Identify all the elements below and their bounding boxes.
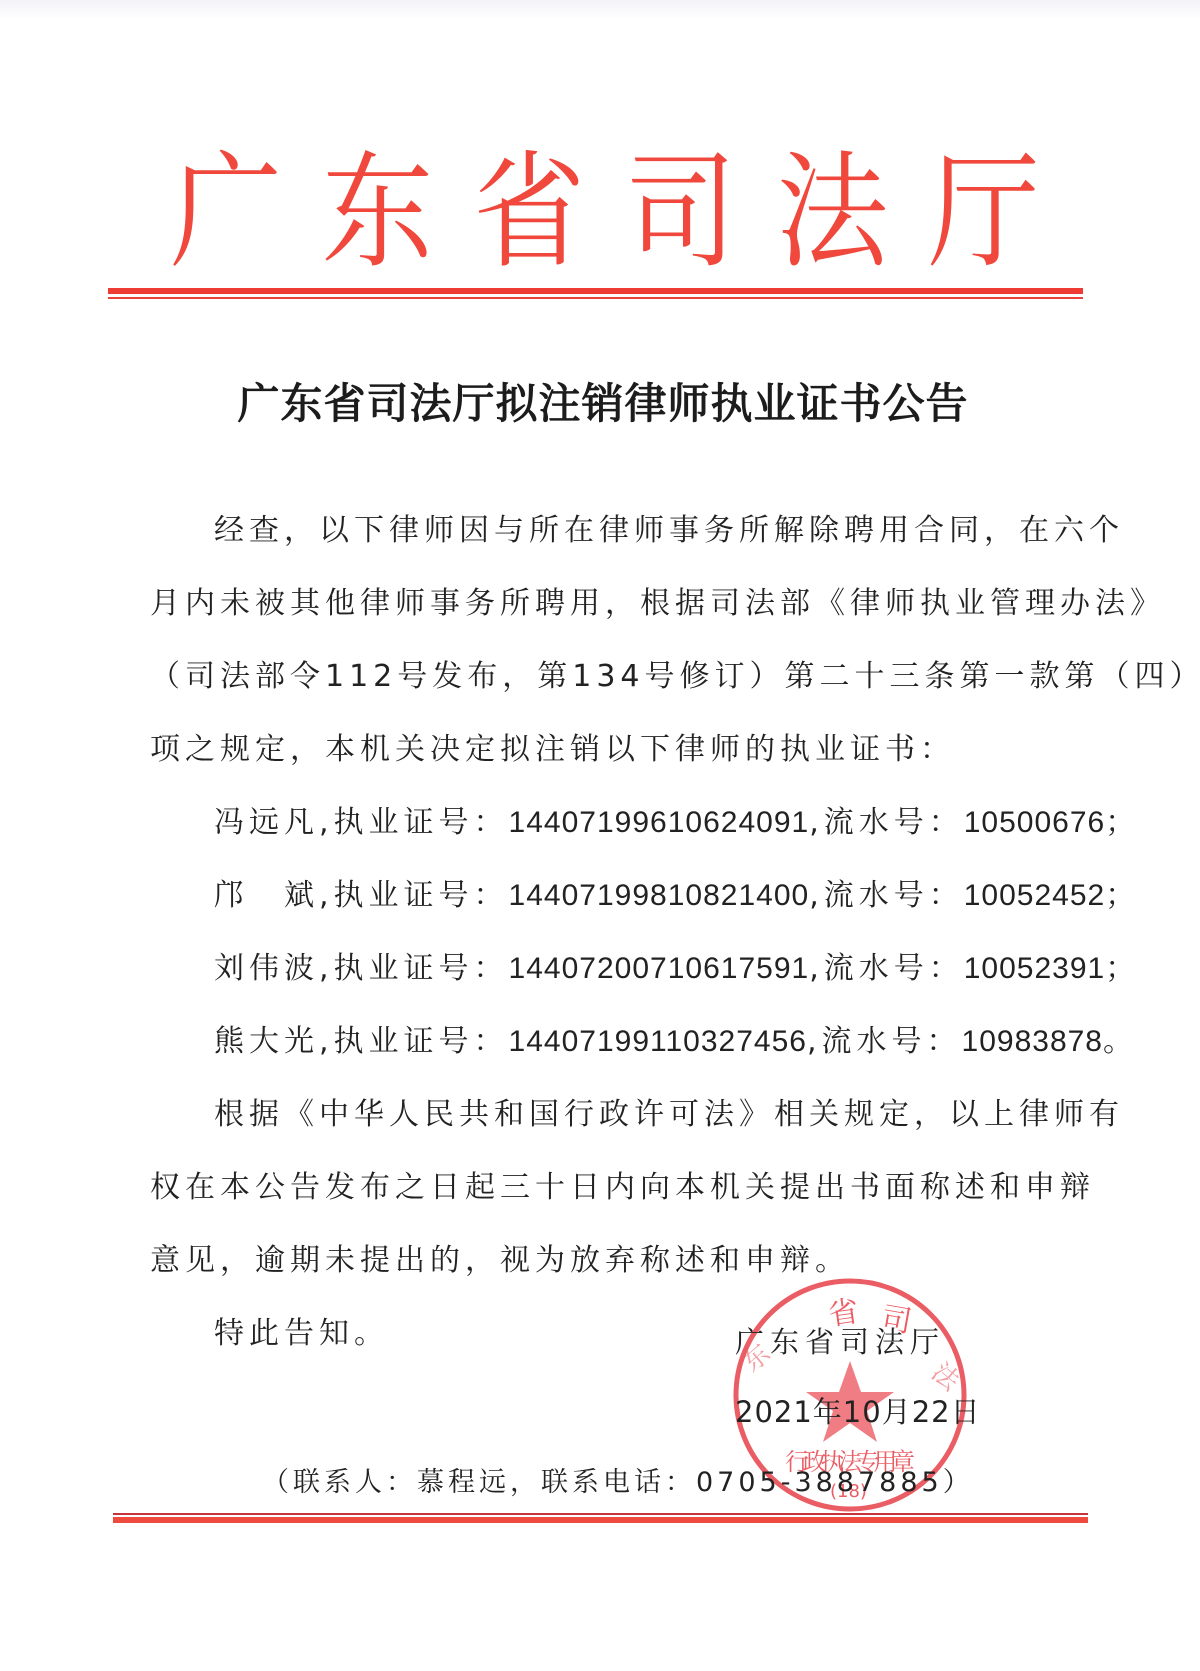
lawyer-name: 邝 斌 bbox=[214, 878, 319, 913]
issuer-signature: 广东省司法厅 bbox=[735, 1320, 945, 1361]
license-number: 14407199610624091 bbox=[509, 806, 810, 839]
paragraph-line: 月内未被其他律师事务所聘用，根据司法部《律师执业管理办法》 bbox=[150, 578, 1165, 622]
paragraph-line: 经查，以下律师因与所在律师事务所解除聘用合同，在六个 bbox=[214, 505, 1124, 549]
scan-edge-shading bbox=[0, 0, 1200, 20]
lawyer-entry: 熊大光,执业证号：14407199110327456,流水号：10983878。 bbox=[214, 1016, 1138, 1060]
license-label: 执业证号： bbox=[334, 878, 509, 913]
license-number: 14407199110327456 bbox=[509, 1025, 807, 1058]
lawyer-entry: 冯远凡,执业证号：14407199610624091,流水号：10500676； bbox=[214, 797, 1140, 841]
serial-number: 10052391 bbox=[964, 952, 1105, 985]
serial-label: 流水号： bbox=[824, 878, 964, 913]
masthead-char: 东 bbox=[322, 140, 434, 286]
masthead-char: 厅 bbox=[928, 140, 1040, 286]
license-label: 执业证号： bbox=[334, 951, 509, 986]
divider-thick-line bbox=[113, 1517, 1088, 1523]
serial-number: 10983878 bbox=[962, 1025, 1103, 1058]
entry-punctuation: ； bbox=[1105, 878, 1140, 913]
closing-line: 特此告知。 bbox=[214, 1308, 389, 1352]
divider-thick-line bbox=[108, 288, 1083, 294]
masthead: 广 东 省 司 法 厅 bbox=[170, 148, 1040, 278]
serial-number: 10052452 bbox=[964, 879, 1105, 912]
lawyer-name: 熊大光 bbox=[214, 1024, 319, 1059]
contact-info: （联系人：慕程远，联系电话：0705-3887885） bbox=[262, 1460, 974, 1499]
entry-punctuation: ； bbox=[1105, 951, 1140, 986]
entry-punctuation: ； bbox=[1105, 805, 1140, 840]
masthead-char: 省 bbox=[473, 140, 585, 286]
masthead-char: 司 bbox=[625, 140, 737, 286]
license-number: 14407199810821400 bbox=[509, 879, 810, 912]
paragraph-line: 权在本公告发布之日起三十日内向本机关提出书面称述和申辩 bbox=[150, 1162, 1095, 1206]
lawyer-name: 冯远凡 bbox=[214, 805, 319, 840]
lawyer-name: 刘伟波 bbox=[214, 951, 319, 986]
license-label: 执业证号： bbox=[334, 1024, 509, 1059]
lawyer-entry: 邝 斌,执业证号：14407199810821400,流水号：10052452； bbox=[214, 870, 1140, 914]
entry-punctuation: 。 bbox=[1103, 1024, 1138, 1059]
paragraph-line: 意见，逾期未提出的，视为放弃称述和申辩。 bbox=[150, 1235, 850, 1279]
paragraph-line: 项之规定，本机关决定拟注销以下律师的执业证书： bbox=[150, 724, 955, 768]
serial-label: 流水号： bbox=[822, 1024, 962, 1059]
document-title: 广东省司法厅拟注销律师执业证书公告 bbox=[218, 376, 988, 432]
paragraph-line: （司法部令112号发布，第134号修订）第二十三条第一款第（四） bbox=[150, 651, 1200, 695]
masthead-char: 广 bbox=[170, 140, 282, 286]
serial-number: 10500676 bbox=[964, 806, 1105, 839]
issue-date: 2021年10月22日 bbox=[735, 1390, 981, 1431]
serial-label: 流水号： bbox=[824, 805, 964, 840]
serial-label: 流水号： bbox=[824, 951, 964, 986]
divider-thin-line bbox=[108, 297, 1083, 299]
lawyer-entry: 刘伟波,执业证号：14407200710617591,流水号：10052391； bbox=[214, 943, 1140, 987]
paragraph-line: 根据《中华人民共和国行政许可法》相关规定，以上律师有 bbox=[214, 1089, 1124, 1133]
masthead-char: 法 bbox=[776, 140, 888, 286]
license-label: 执业证号： bbox=[334, 805, 509, 840]
license-number: 14407200710617591 bbox=[509, 952, 810, 985]
